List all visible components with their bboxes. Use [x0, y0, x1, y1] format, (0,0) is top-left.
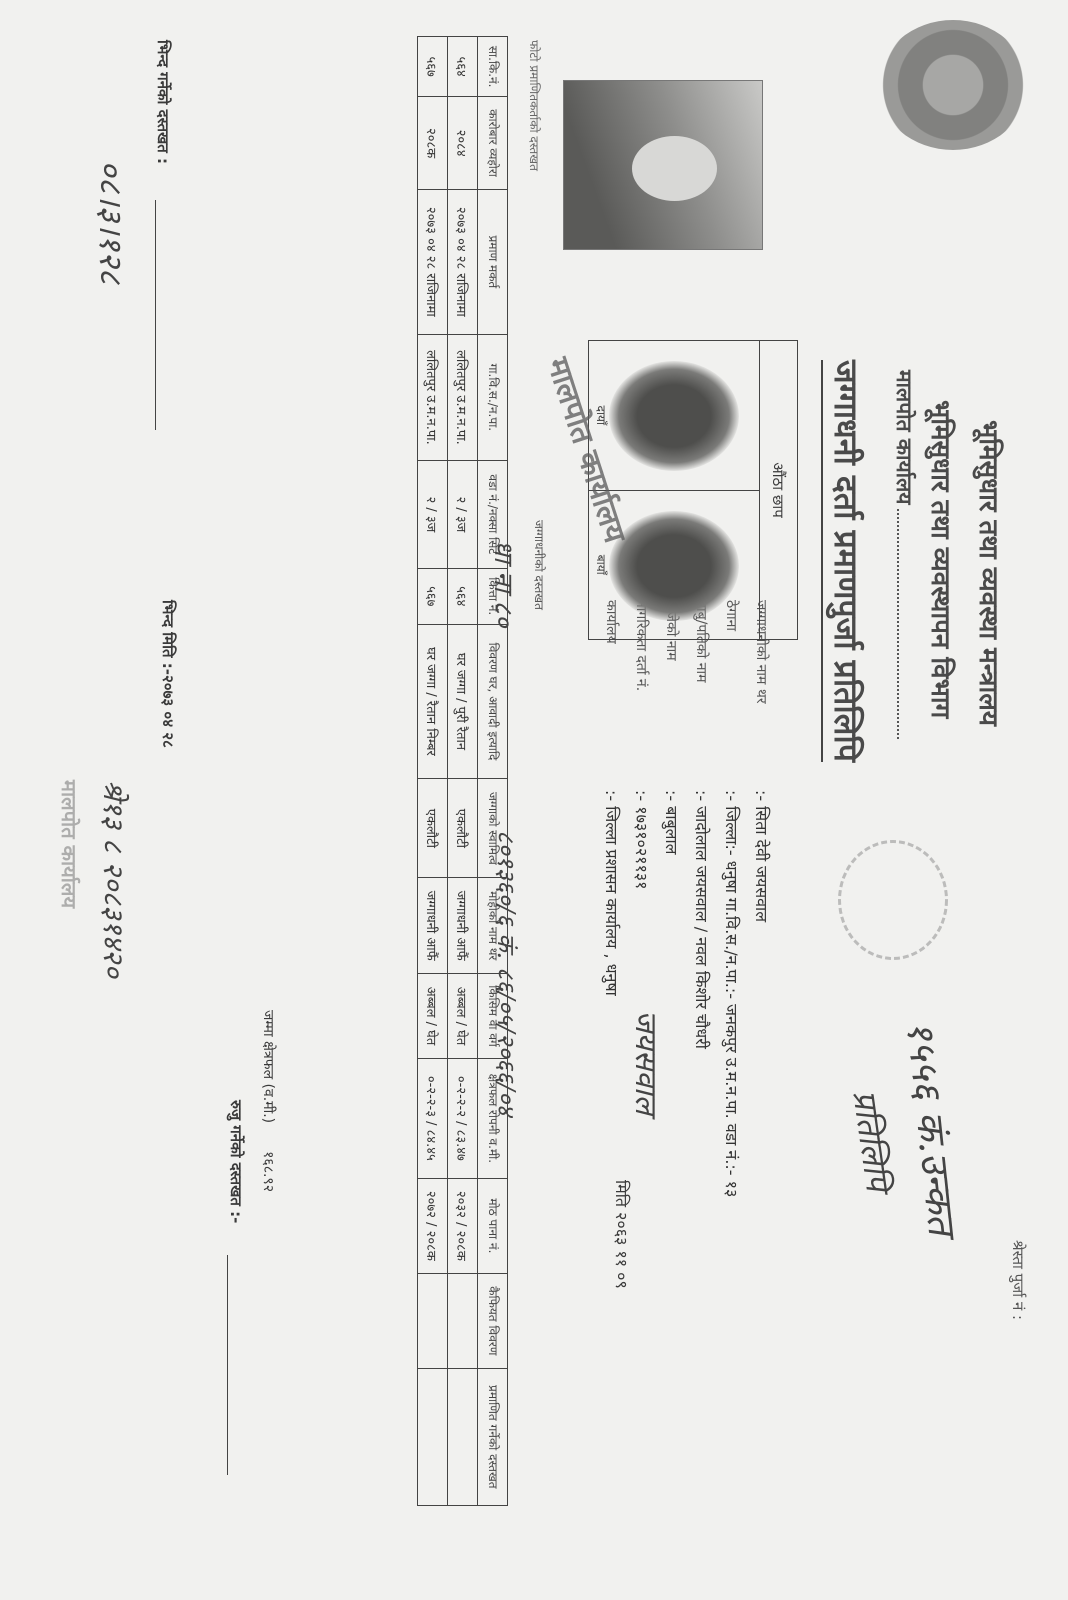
handwritten-note: श्रे१३ ८ २०८३१४२० [95, 780, 133, 978]
table-cell: जग्गाधनी आफैं [448, 878, 478, 974]
thumbprint-header: औंठा छाप [759, 341, 797, 639]
table-header: गा.वि.स./न.पा. [478, 334, 508, 460]
table-cell: घर जग्गा / पुरी रैतान [448, 624, 478, 779]
table-cell: घर जग्गा / रैतान निम्बर [418, 624, 448, 779]
table-row: ५६७२०८क२०७३ ०४ २८ राजिनामाललितपुर उ.म.न.… [418, 37, 448, 1506]
table-header: कैफियत विवरण [478, 1274, 508, 1369]
form-number-label: श्रेस्ता पुर्जा नं : [1008, 1240, 1028, 1320]
land-records-table: सा.कि.नं.कारोबार व्यहोराप्रमाण मकर्तगा.व… [417, 36, 508, 1506]
table-cell: ०-२-२-२ / ८३.४७ [448, 1059, 478, 1179]
ministry-name: भूमिसुधार तथा व्यवस्था मन्त्रालय [972, 420, 1008, 726]
handwritten-note: १५५६ कं.उन्कत [895, 1018, 969, 1238]
table-cell [418, 1368, 448, 1505]
table-cell: एकलौटी [448, 779, 478, 878]
table-header: सा.कि.नं. [478, 37, 508, 97]
table-cell: एकलौटी [418, 779, 448, 878]
table-cell: ५६४ [448, 37, 478, 97]
table-cell: २ / ३ज [418, 460, 448, 568]
signature-line [155, 200, 156, 430]
handwritten-signature: जयसवाल [627, 1010, 668, 1115]
field-row: बाबु/पतिको नाम:- जादोलाल जयसवाल / नवल कि… [686, 600, 716, 1197]
government-emblem [878, 20, 1028, 150]
office-footer-stamp: मालपोत कार्यालय [56, 780, 83, 908]
table-header: प्रमाण मकर्त [478, 189, 508, 334]
fingerprint-icon [609, 361, 739, 471]
owner-details: जग्गाधनीको नाम थर:- सिता देवी जयसवाल ठेग… [596, 600, 776, 1197]
table-cell: ५६७ [418, 568, 448, 624]
table-header: विवरण घर, आवादी इत्यादि [478, 624, 508, 779]
prepared-by-label: भिन्द गर्नेको दस्तखत : [153, 40, 173, 164]
table-cell: २०७३ ०४ २८ राजिनामा [418, 189, 448, 334]
verified-by-label: रुजु गर्नेको दस्तखत :- [226, 1100, 246, 1223]
table-header: वडा नं./नक्सा सिट [478, 460, 508, 568]
department-name: भूमिसुधार तथा व्यवस्थापन विभाग [924, 400, 960, 718]
table-cell: २०३२ / २०८क [448, 1178, 478, 1273]
table-cell: २०८४ [448, 97, 478, 190]
table-cell: अब्बल / घेत [448, 973, 478, 1058]
document-title: जग्गाधनी दर्ता प्रमाणपुर्जा प्रतिलिपि [821, 360, 868, 762]
signature-line [227, 1255, 228, 1475]
table-header: मोहीको नाम थर [478, 878, 508, 974]
handwritten-note: ०८।३।१२८ [90, 160, 133, 284]
field-row: कार्यालय:- जिल्ला प्रशासन कार्यालय , धनु… [596, 600, 626, 1197]
table-cell [418, 1274, 448, 1369]
table-cell: ०-२-२-३ / ८४.४५ [418, 1059, 448, 1179]
table-cell [448, 1274, 478, 1369]
owner-photo [563, 80, 763, 250]
field-row: जग्गाधनीको नाम थर:- सिता देवी जयसवाल [746, 600, 776, 1197]
table-header: जग्गाको स्वामित्व [478, 779, 508, 878]
table-cell: २०८क [418, 97, 448, 190]
table-header: मोठ पाना नं. [478, 1178, 508, 1273]
photo-attestation-label: फोटो प्रमाणितकर्ताको दस्तखत [526, 40, 543, 171]
table-cell: ललितपुर उ.म.न.पा. [448, 334, 478, 460]
land-certificate-sheet: भूमिसुधार तथा व्यवस्था मन्त्रालय भूमिसुध… [0, 0, 1068, 1600]
table-cell: ५६७ [418, 37, 448, 97]
office-name: मालपोत कार्यालय [890, 370, 918, 739]
table-header: प्रमाणित गर्नेको दस्तखत [478, 1368, 508, 1505]
owner-signature-label: जग्गाधनीको दस्तखत [531, 520, 548, 610]
table-header: कित्ता नं. [478, 568, 508, 624]
total-area: जम्मा क्षेत्रफल (व.मी.)१६८.९२ [259, 1010, 278, 1192]
table-cell: अब्बल / घेत [418, 973, 448, 1058]
table-cell: ललितपुर उ.म.न.पा. [418, 334, 448, 460]
table-row: ५६४२०८४२०७३ ०४ २८ राजिनामाललितपुर उ.म.न.… [448, 37, 478, 1506]
table-cell: जग्गाधनी आफैं [418, 878, 448, 974]
table-cell: २०७३ ०४ २८ राजिनामा [448, 189, 478, 334]
table-header: क्षेत्रफल रोपनी व.मी. [478, 1059, 508, 1179]
office-round-stamp [838, 840, 948, 960]
table-header: किसिम वा वर्ग [478, 973, 508, 1058]
table-cell [448, 1368, 478, 1505]
table-cell: २०७२ / २०८क [418, 1178, 448, 1273]
prepared-date: भिन्द मिति :-२०७३ ०४ २८ [158, 600, 178, 748]
table-cell: २ / ३ज [448, 460, 478, 568]
table-cell: ५६४ [448, 568, 478, 624]
field-row: ठेगाना:- जिल्ला:- धनुषा गा.वि.स./न.पा.:-… [716, 600, 746, 1197]
table-header: कारोबार व्यहोरा [478, 97, 508, 190]
handwritten-note: प्रतिलिपि [843, 1088, 900, 1194]
issue-date: मिति २०६३ ११ ०९ [611, 1180, 633, 1289]
